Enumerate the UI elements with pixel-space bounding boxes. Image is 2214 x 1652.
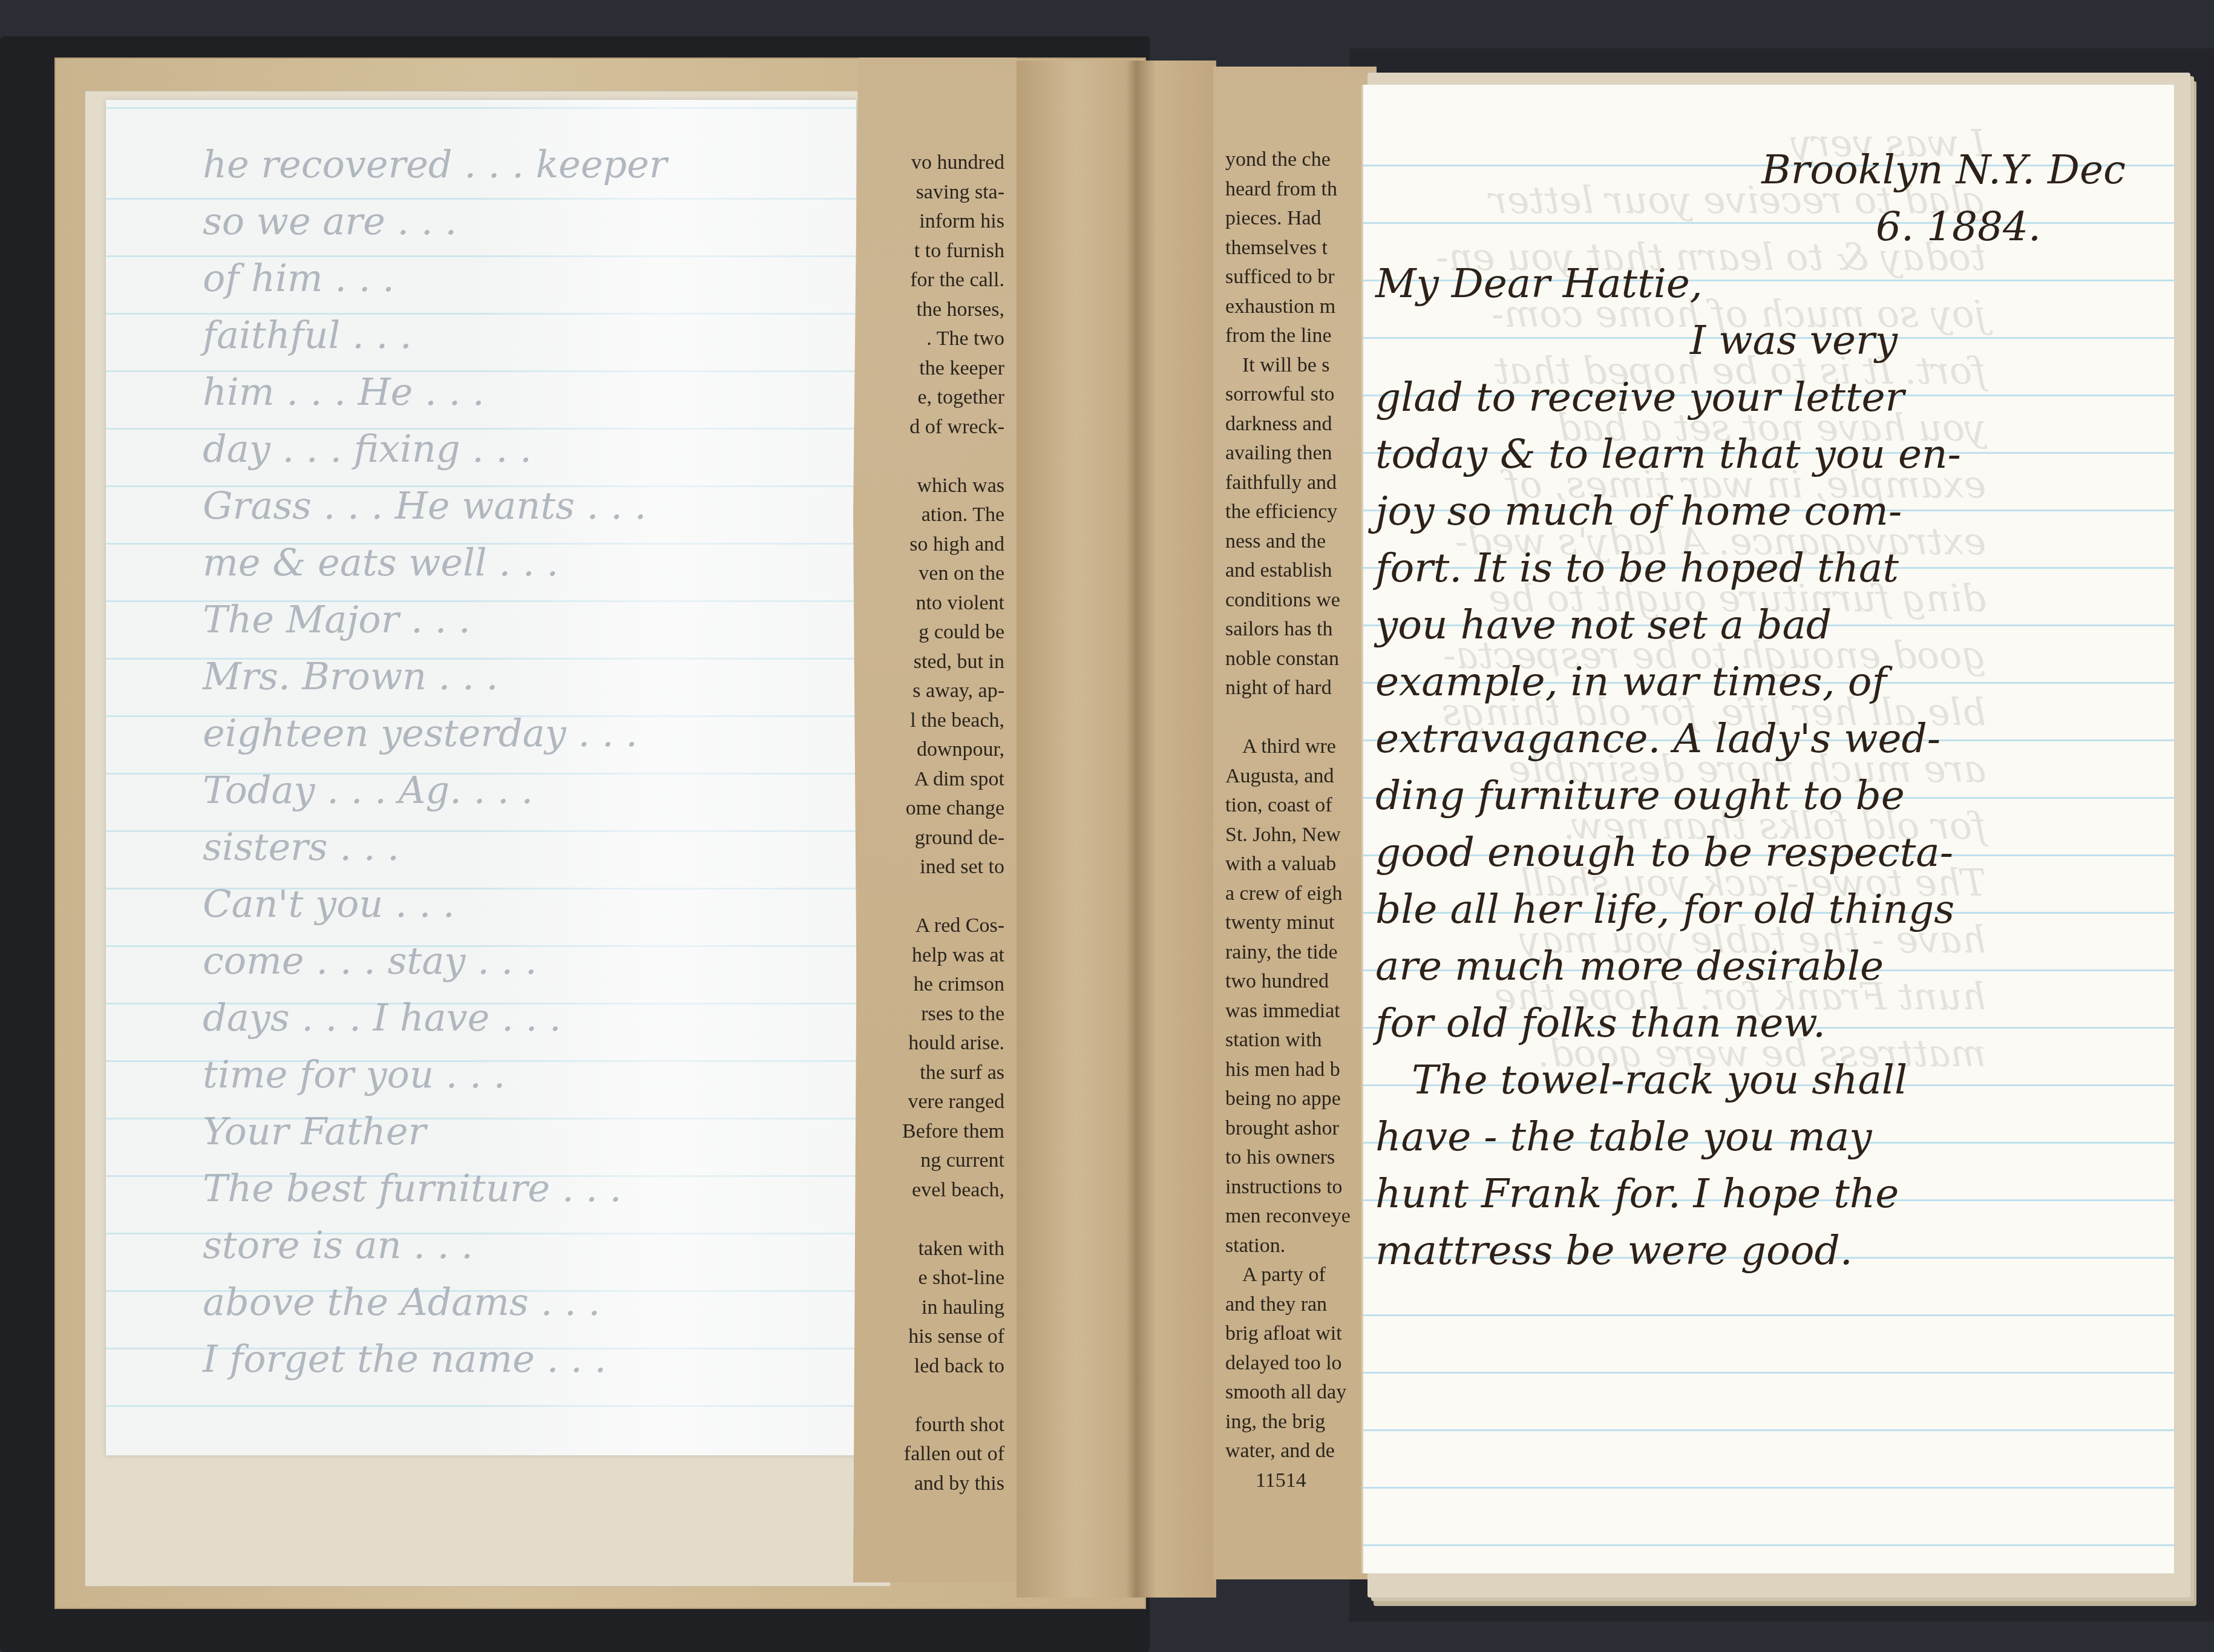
newspaper-column: yond the cheheard from thpieces. Hadthem… (1225, 145, 1383, 1495)
letter-line: extravagance. A lady's wed- (1375, 710, 2162, 767)
newspaper-line: two hundred (1225, 967, 1383, 997)
newspaper-line: l the beach, (853, 706, 1004, 736)
faded-line: day . . . fixing . . . (203, 421, 838, 477)
newspaper-line: the horses, (853, 295, 1004, 325)
letter-body: Brooklyn N.Y. Dec 6. 1884. My Dear Hatti… (1375, 85, 2162, 1279)
faded-line: he recovered . . . keeper (203, 136, 838, 193)
newspaper-line: from the line (1225, 321, 1383, 351)
newspaper-line: and establish (1225, 556, 1383, 586)
newspaper-line: and by this (853, 1469, 1004, 1499)
newspaper-line: faithfully and (1225, 468, 1383, 498)
newspaper-line: and they ran (1225, 1290, 1383, 1320)
newspaper-line: yond the che (1225, 145, 1383, 175)
newspaper-line: heard from th (1225, 175, 1383, 205)
newspaper-clipping-left: vo hundredsaving sta-inform hist to furn… (853, 57, 1017, 1582)
newspaper-line: A dim spot (853, 765, 1004, 795)
newspaper-clipping-right: yond the cheheard from thpieces. Hadthem… (1213, 67, 1377, 1579)
letter-line: ding furniture ought to be (1375, 767, 2162, 824)
handwritten-letter-page: I was veryglad to receive your lettertod… (1361, 85, 2174, 1573)
newspaper-line: was immediat (1225, 997, 1383, 1026)
letter-line: The towel-rack you shall (1375, 1052, 2162, 1109)
faded-line: me & eats well . . . (203, 534, 838, 591)
newspaper-line: ng current (853, 1146, 1004, 1176)
newspaper-line: sailors has th (1225, 615, 1383, 644)
newspaper-line: pieces. Had (1225, 204, 1383, 234)
newspaper-line: sufficed to br (1225, 263, 1383, 292)
newspaper-line (853, 1205, 1004, 1234)
newspaper-line: d of wreck- (853, 413, 1004, 442)
letter-salutation: My Dear Hattie, (1375, 255, 2162, 312)
newspaper-line: inform his (853, 207, 1004, 237)
newspaper-line: noble constan (1225, 644, 1383, 674)
newspaper-line: in hauling (853, 1293, 1004, 1323)
faded-line: above the Adams . . . (203, 1274, 838, 1331)
newspaper-line: ined set to (853, 853, 1004, 882)
newspaper-line: help was at (853, 941, 1004, 971)
newspaper-line: darkness and (1225, 410, 1383, 439)
faded-line: Grass . . . He wants . . . (203, 477, 838, 534)
newspaper-column: vo hundredsaving sta-inform hist to furn… (853, 148, 1004, 1498)
letter-line: fort. It is to be hoped that (1375, 540, 2162, 597)
newspaper-line: ation. The (853, 500, 1004, 530)
newspaper-line: instructions to (1225, 1173, 1383, 1202)
faded-line: him . . . He . . . (203, 364, 838, 421)
newspaper-line: availing then (1225, 439, 1383, 468)
letter-line: for old folks than new. (1375, 995, 2162, 1052)
letter-line: you have not set a bad (1375, 597, 2162, 654)
newspaper-line: tion, coast of (1225, 791, 1383, 821)
newspaper-line: water, and de (1225, 1437, 1383, 1466)
newspaper-line: . The two (853, 324, 1004, 354)
faded-letter-page: he recovered . . . keeperso we are . . .… (106, 100, 856, 1455)
faded-line: store is an . . . (203, 1217, 838, 1274)
letter-line: joy so much of home com- (1375, 483, 2162, 540)
letter-line: example, in war times, of (1375, 654, 2162, 710)
newspaper-line: his sense of (853, 1322, 1004, 1352)
faded-line: Mrs. Brown . . . (203, 648, 838, 705)
newspaper-line: being no appe (1225, 1084, 1383, 1114)
letter-line: today & to learn that you en- (1375, 426, 2162, 483)
newspaper-line: for the call. (853, 266, 1004, 295)
newspaper-line: twenty minut (1225, 908, 1383, 938)
binding-gutter (1017, 61, 1216, 1598)
newspaper-line: Augusta, and (1225, 762, 1383, 792)
newspaper-line: vo hundred (853, 148, 1004, 178)
newspaper-line (853, 442, 1004, 471)
newspaper-line: taken with (853, 1234, 1004, 1264)
newspaper-line: ing, the brig (1225, 1408, 1383, 1437)
page-number: 11514 (1225, 1466, 1383, 1496)
newspaper-line: t to furnish (853, 237, 1004, 266)
newspaper-line: e, together (853, 383, 1004, 413)
faded-line: The best furniture . . . (203, 1160, 838, 1217)
faded-line: time for you . . . (203, 1046, 838, 1103)
newspaper-line: the keeper (853, 354, 1004, 384)
newspaper-line: sted, but in (853, 647, 1004, 677)
newspaper-line: the surf as (853, 1058, 1004, 1088)
letter-line: I was very (1375, 312, 2162, 369)
letter-line: mattress be were good. (1375, 1222, 2162, 1279)
faded-line: Can't you . . . (203, 876, 838, 933)
newspaper-line: evel beach, (853, 1176, 1004, 1205)
letter-line: hunt Frank for. I hope the (1375, 1165, 2162, 1222)
newspaper-line: station. (1225, 1231, 1383, 1261)
faded-line: I forget the name . . . (203, 1331, 838, 1388)
newspaper-line: the efficiency (1225, 497, 1383, 527)
newspaper-line: hould arise. (853, 1029, 1004, 1058)
newspaper-line: he crimson (853, 970, 1004, 1000)
newspaper-line: ness and the (1225, 527, 1383, 557)
faded-line: days . . . I have . . . (203, 989, 838, 1046)
newspaper-line: so high and (853, 530, 1004, 560)
newspaper-line (853, 882, 1004, 912)
letter-line: good enough to be respecta- (1375, 824, 2162, 881)
faded-line: Your Father (203, 1103, 838, 1160)
newspaper-line: men reconveye (1225, 1202, 1383, 1231)
newspaper-line: rainy, the tide (1225, 938, 1383, 968)
newspaper-line: ven on the (853, 559, 1004, 589)
newspaper-line: smooth all day (1225, 1378, 1383, 1408)
newspaper-line: brig afloat wit (1225, 1319, 1383, 1349)
newspaper-line: s away, ap- (853, 677, 1004, 706)
faded-line: eighteen yesterday . . . (203, 705, 838, 762)
newspaper-line: with a valuab (1225, 850, 1383, 879)
newspaper-line: sorrowful sto (1225, 380, 1383, 410)
faded-line: The Major . . . (203, 591, 838, 648)
faded-line: sisters . . . (203, 819, 838, 876)
newspaper-line (1225, 703, 1383, 733)
newspaper-line: delayed too lo (1225, 1349, 1383, 1378)
faded-handwriting: he recovered . . . keeperso we are . . .… (203, 136, 838, 1388)
newspaper-line: conditions we (1225, 586, 1383, 615)
newspaper-line: night of hard (1225, 674, 1383, 703)
faded-line: faithful . . . (203, 307, 838, 364)
faded-line: so we are . . . (203, 193, 838, 250)
newspaper-line: brought ashor (1225, 1114, 1383, 1144)
faded-line: of him . . . (203, 250, 838, 307)
newspaper-line: fallen out of (853, 1440, 1004, 1469)
letter-line: glad to receive your letter (1375, 369, 2162, 426)
newspaper-line: nto violent (853, 589, 1004, 618)
newspaper-line: saving sta- (853, 178, 1004, 208)
letter-line: are much more desirable (1375, 938, 2162, 995)
newspaper-line: exhaustion m (1225, 292, 1383, 322)
newspaper-line (853, 1381, 1004, 1411)
newspaper-line: It will be s (1225, 351, 1383, 381)
newspaper-line: Before them (853, 1117, 1004, 1147)
letter-place: Brooklyn N.Y. Dec (1375, 142, 2162, 198)
newspaper-line: rses to the (853, 1000, 1004, 1029)
newspaper-line: e shot-line (853, 1264, 1004, 1293)
faded-line: come . . . stay . . . (203, 933, 838, 989)
newspaper-line: themselves t (1225, 234, 1383, 263)
newspaper-line: downpour, (853, 735, 1004, 765)
newspaper-line: ground de- (853, 824, 1004, 853)
newspaper-line: A red Cos- (853, 911, 1004, 941)
letter-line: ble all her life, for old things (1375, 881, 2162, 938)
newspaper-line: led back to (853, 1352, 1004, 1382)
newspaper-line: to his owners (1225, 1143, 1383, 1173)
letter-date: 6. 1884. (1375, 198, 2162, 255)
newspaper-line: A third wre (1225, 732, 1383, 762)
newspaper-line: ome change (853, 794, 1004, 824)
faded-line: Today . . . Ag. . . . (203, 762, 838, 819)
newspaper-line: which was (853, 471, 1004, 501)
newspaper-line: g could be (853, 618, 1004, 647)
newspaper-line: his men had b (1225, 1055, 1383, 1085)
newspaper-line: fourth shot (853, 1411, 1004, 1440)
newspaper-line: A party of (1225, 1260, 1383, 1290)
newspaper-line: a crew of eigh (1225, 879, 1383, 909)
newspaper-line: St. John, New (1225, 821, 1383, 850)
letter-line: have - the table you may (1375, 1109, 2162, 1165)
newspaper-line: station with (1225, 1026, 1383, 1055)
newspaper-line: vere ranged (853, 1087, 1004, 1117)
